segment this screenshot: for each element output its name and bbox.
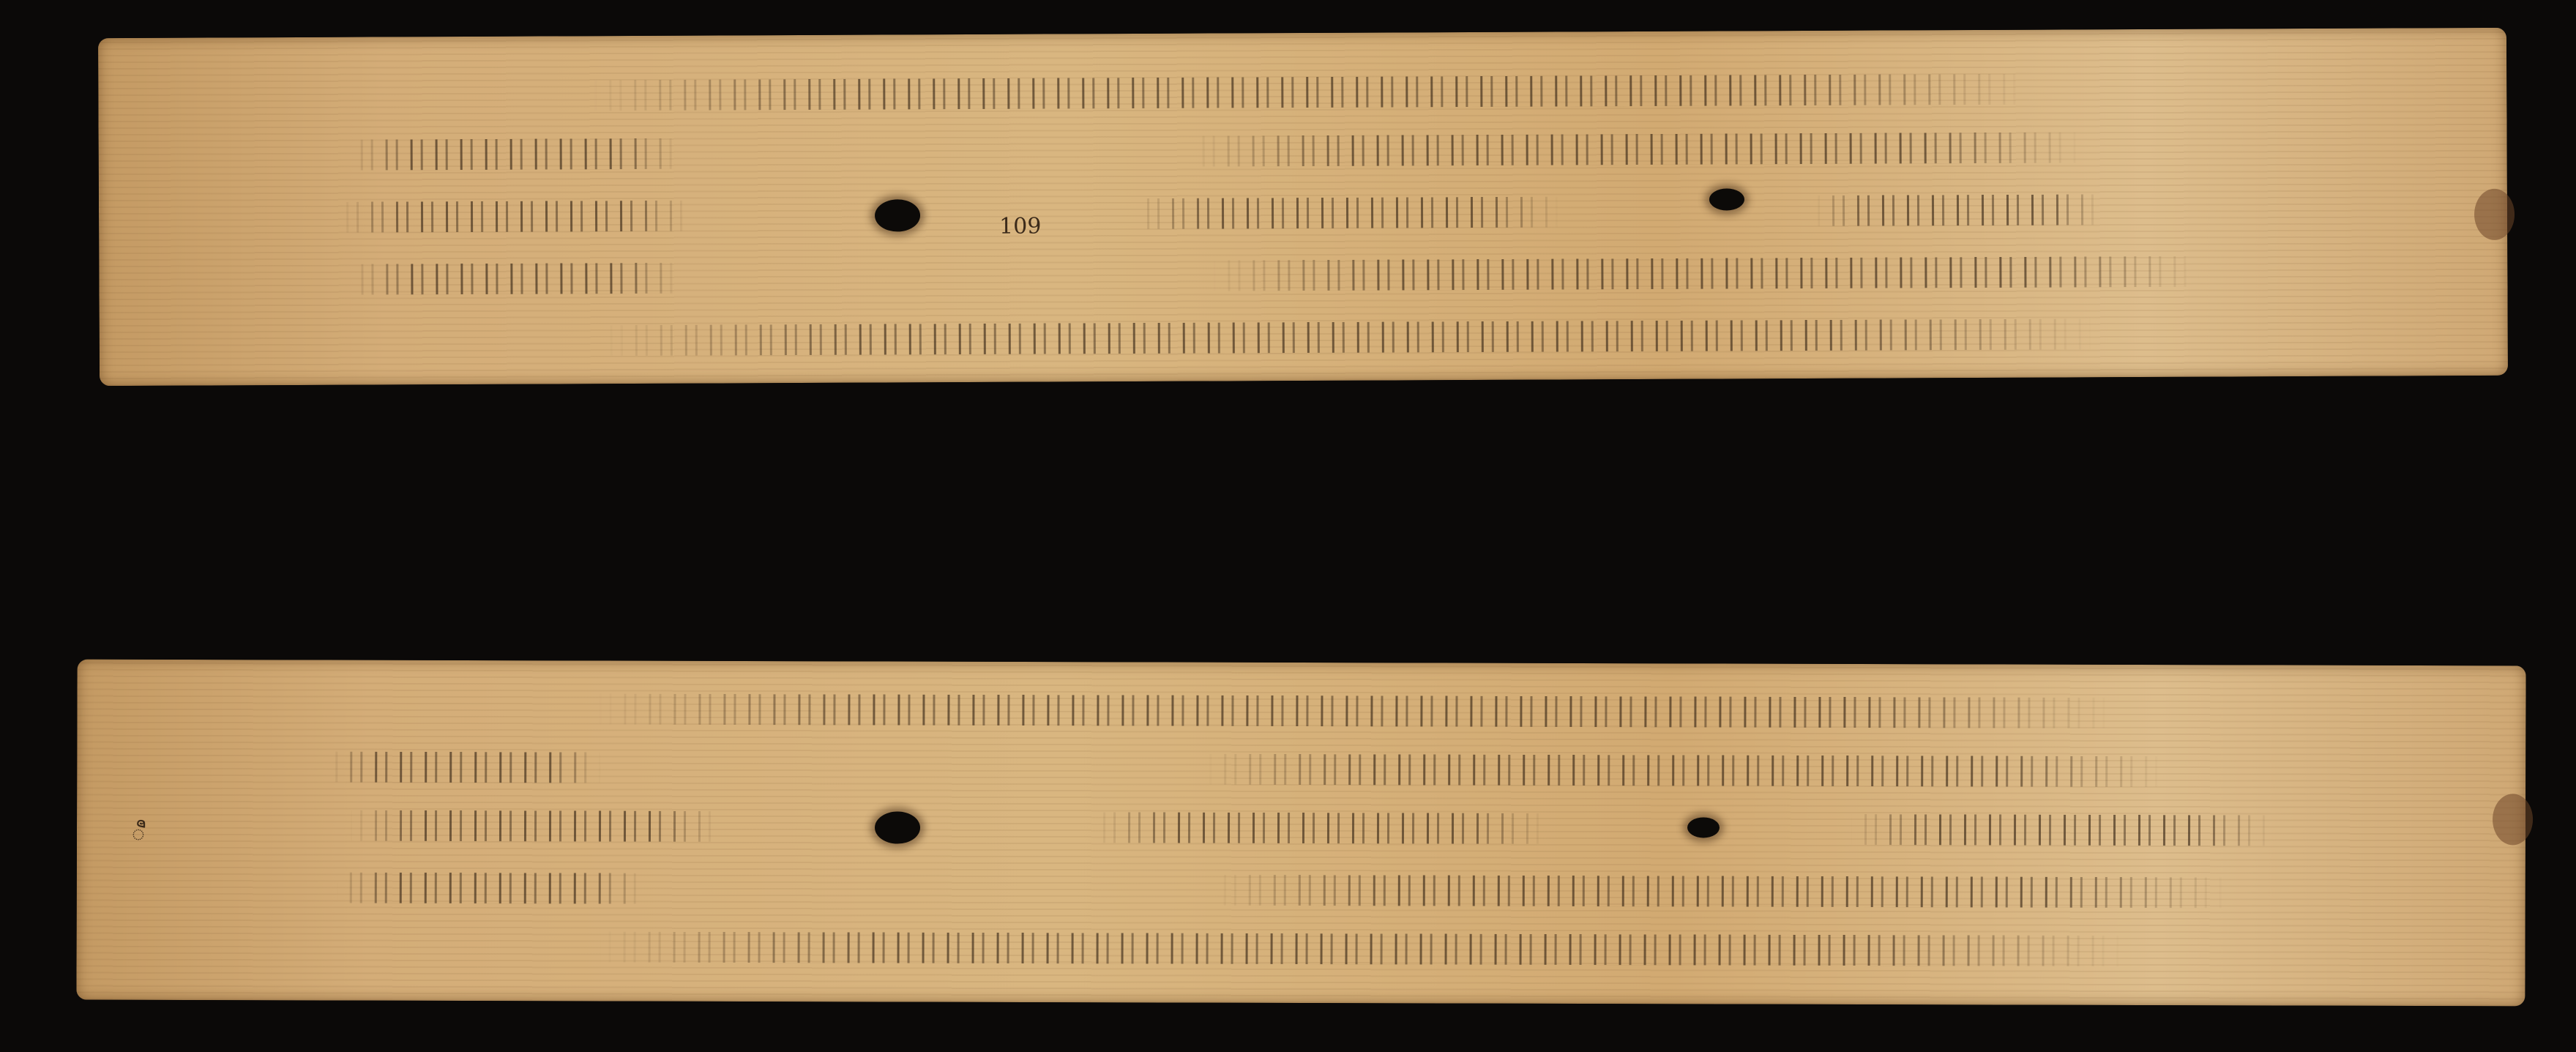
edge-stain bbox=[2493, 794, 2533, 845]
script-line bbox=[267, 200, 765, 233]
script-line bbox=[996, 874, 2445, 909]
script-line bbox=[281, 72, 2338, 112]
string-hole bbox=[1709, 188, 1744, 210]
string-hole bbox=[1687, 817, 1720, 838]
script-line bbox=[999, 131, 2273, 168]
script-line bbox=[1761, 814, 2361, 846]
script-line bbox=[271, 693, 2438, 729]
string-hole bbox=[875, 811, 920, 843]
script-line bbox=[282, 262, 750, 295]
script-line bbox=[996, 753, 2372, 788]
script-line bbox=[282, 138, 750, 171]
script-line bbox=[271, 930, 2452, 967]
palm-leaf-manuscript-bottom: ꦷ bbox=[76, 660, 2525, 1007]
string-hole bbox=[875, 199, 920, 231]
script-line bbox=[999, 812, 1643, 844]
palm-leaf-manuscript-top: 109 bbox=[98, 28, 2508, 386]
folio-number: 109 bbox=[999, 214, 1041, 239]
script-line bbox=[1753, 194, 2163, 226]
script-line bbox=[271, 751, 659, 783]
margin-numeral: ꦷ bbox=[132, 817, 145, 862]
script-line bbox=[271, 810, 798, 842]
script-line bbox=[283, 317, 2413, 357]
script-line bbox=[1043, 196, 1651, 230]
script-line bbox=[999, 255, 2412, 291]
script-line bbox=[271, 872, 710, 904]
edge-stain bbox=[2474, 189, 2515, 240]
